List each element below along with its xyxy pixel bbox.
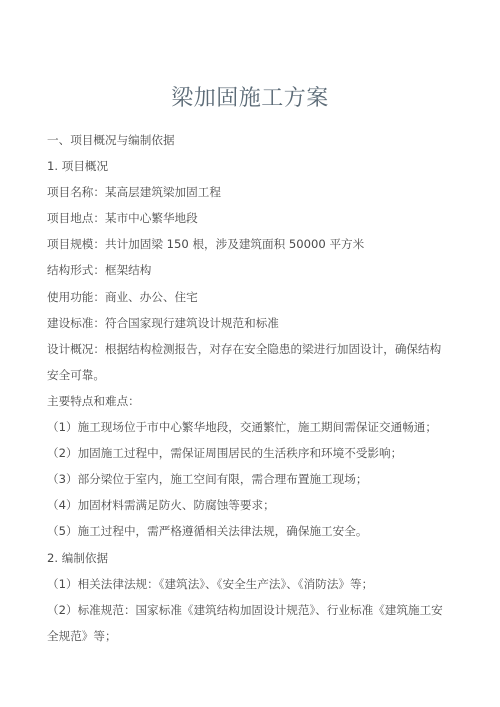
feature-item-3: （3）部分梁位于室内，施工空间有限，需合理布置施工现场；: [47, 466, 457, 492]
features-heading: 主要特点和难点：: [47, 388, 457, 414]
basis-item-2-continued: 全规范》等；: [47, 623, 457, 649]
document-title: 梁加固施工方案: [0, 84, 500, 114]
usage-function: 使用功能：商业、办公、住宅: [47, 284, 457, 310]
structure-form: 结构形式：框架结构: [47, 257, 457, 283]
basis-item-2: （2）标准规范：国家标准《建筑结构加固设计规范》、行业标准《建筑施工安: [47, 597, 457, 623]
design-overview: 设计概况：根据结构检测报告，对存在安全隐患的梁进行加固设计，确保结构: [47, 336, 457, 362]
feature-item-5: （5）施工过程中，需严格遵循相关法律法规，确保施工安全。: [47, 518, 457, 544]
subsection-heading-basis: 2. 编制依据: [47, 545, 457, 571]
project-location: 项目地点：某市中心繁华地段: [47, 205, 457, 231]
basis-item-1: （1）相关法律法规：《建筑法》、《安全生产法》、《消防法》等；: [47, 571, 457, 597]
document-page: 梁加固施工方案 一、项目概况与编制依据 1. 项目概况 项目名称：某高层建筑梁加…: [0, 0, 500, 707]
feature-item-1: （1）施工现场位于市中心繁华地段，交通繁忙，施工期间需保证交通畅通；: [47, 414, 457, 440]
section-heading-overview: 一、项目概况与编制依据: [47, 127, 457, 153]
feature-item-4: （4）加固材料需满足防火、防腐蚀等要求；: [47, 492, 457, 518]
document-body: 一、项目概况与编制依据 1. 项目概况 项目名称：某高层建筑梁加固工程 项目地点…: [47, 127, 457, 649]
project-name: 项目名称：某高层建筑梁加固工程: [47, 179, 457, 205]
project-scale: 项目规模：共计加固梁 150 根，涉及建筑面积 50000 平方米: [47, 231, 457, 257]
subsection-heading-project-overview: 1. 项目概况: [47, 153, 457, 179]
feature-item-2: （2）加固施工过程中，需保证周围居民的生活秩序和环境不受影响；: [47, 440, 457, 466]
design-overview-continued: 安全可靠。: [47, 362, 457, 388]
construction-standard: 建设标准：符合国家现行建筑设计规范和标准: [47, 310, 457, 336]
